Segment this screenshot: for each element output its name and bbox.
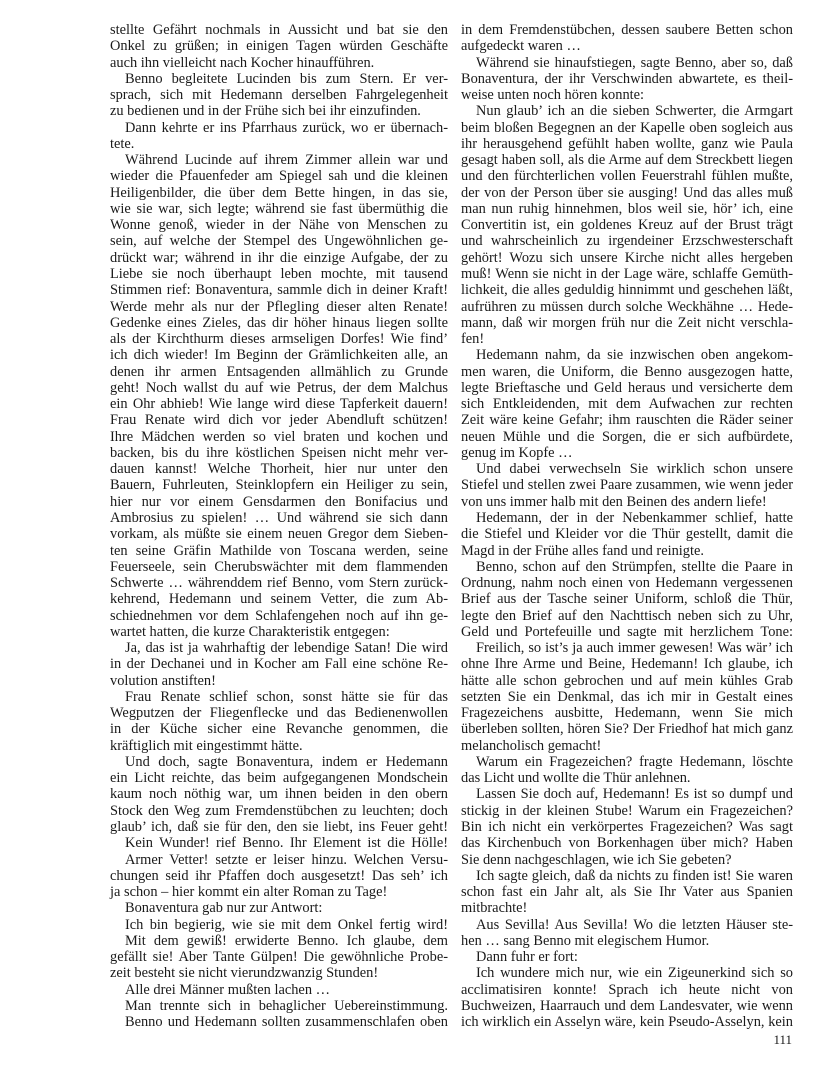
text-line: auch ihn vielleicht nach Kocher hinauffü… [110,55,448,71]
text-line: das Kirchenbuch von Borkenhagen über mic… [461,835,793,851]
text-line: Bonaventura, der ihr Verschwinden abwart… [461,71,793,87]
text-line: glaub’ ich, daß sie für den, den sie lie… [110,819,448,835]
text-line: Gedenke eines Zieles, das dir höher hina… [110,315,448,331]
text-line: Heiligenbilder, die über dem Bette hinge… [110,185,448,201]
text-line: ja schon – hier kommt ein alter Roman zu… [110,884,448,900]
text-line: Freilich, so ist’s ja auch immer gewesen… [461,640,793,656]
text-line: mitbrachte! [461,900,793,916]
text-line: Ambrosius zu spielen! … Und während sie … [110,510,448,526]
text-line: Während Lucinde auf ihrem Zimmer allein … [110,152,448,168]
text-line: ohne Ihre Arme und Beine, Hedemann! Ich … [461,656,793,672]
text-line: der von der Person über sie ausging! Und… [461,185,793,201]
text-line: überleben sollten, hören Sie? Der Friedh… [461,721,793,737]
text-line: Schwerte … währenddem rief Benno, vom St… [110,575,448,591]
page-number: 111 [700,1032,792,1048]
text-line: chungen seid ihr Pfaffen doch ausgesetzt… [110,868,448,884]
text-line: legte Brieftasche und Geld heraus und ve… [461,380,793,396]
text-line: schon fast ein Jahr alt, als Sie Ihr Vat… [461,884,793,900]
text-line: ten seine Gräfin Mathilde von Toscana we… [110,543,448,559]
right-text-column: in dem Fremdenstübchen, dessen saubere B… [461,22,793,1030]
text-line: lichkeit, die alles geduldig hinnimmt un… [461,282,793,298]
text-line: Brief aus der Tasche seiner Uniform, sch… [461,591,793,607]
text-line: sprach, sich mit Hedemann derselben Fahr… [110,87,448,103]
text-line: Stock den Weg zum Fremdenstübchen zu leu… [110,803,448,819]
book-page: stellte Gefährt nochmals in Aussicht und… [0,0,819,1065]
text-line: Werde mehr als nur der Pflegling dieser … [110,299,448,315]
text-line: Warum ein Fragezeichen? fragte Hedemann,… [461,754,793,770]
text-line: volution anstiften! [110,673,448,689]
text-line: Magd in der Frühe alles fand und reinigt… [461,543,793,559]
text-line: mann, daß wir morgen früh nur die Zeit n… [461,315,793,331]
text-line: Dann fuhr er fort: [461,949,793,965]
text-line: man nun ruhig hinnehmen, blos weil sie, … [461,201,793,217]
text-line: wartet hatten, die kurze Charakteristik … [110,624,448,640]
text-line: sich Entkleidenden, mit dem Aufwachen zu… [461,396,793,412]
text-line: Ich wundere mich nur, wie ein Zigeunerki… [461,965,793,981]
text-line: Während sie hinaufstiegen, sagte Benno, … [461,55,793,71]
text-line: hätte alle schon gebrochen und auf mein … [461,673,793,689]
text-line: muß! Wenn sie nicht in der Lage wäre, sc… [461,266,793,282]
text-line: weise unten noch hören konnte: [461,87,793,103]
text-line: genug im Kopfe … [461,445,793,461]
text-line: aufrühren zu müssen durch solche Weckhäh… [461,299,793,315]
text-line: fen! [461,331,793,347]
text-line: Zeit wäre keine Gefahr; ihm rauschten di… [461,412,793,428]
text-line: hen … sang Benno mit elegischem Humor. [461,933,793,949]
text-line: als der Kirchthurm dieses armseligen Dor… [110,331,448,347]
left-text-column: stellte Gefährt nochmals in Aussicht und… [110,22,448,1030]
text-line: in dem Fremdenstübchen, dessen saubere B… [461,22,793,38]
text-line: das Licht und wollte die Thür anlehnen. [461,770,793,786]
text-line: acclimatisiren konnte! Sprach ich heute … [461,982,793,998]
text-line: men waren, die Uniform, die Benno ausgez… [461,364,793,380]
text-line: sein, auf welche der Stempel des Ungewöh… [110,233,448,249]
text-line: vorkam, als müßte sie einem neuen Gregor… [110,526,448,542]
text-line: Benno begleitete Lucinden bis zum Stern.… [110,71,448,87]
text-line: schiednehmen vor dem Schlafengehen noch … [110,608,448,624]
text-line: Geld und Portefeuille und sagte mit herz… [461,624,793,640]
text-line: Kein Wunder! rief Benno. Ihr Element ist… [110,835,448,851]
text-line: Onkel zu grüßen; in einigen Tagen würden… [110,38,448,54]
text-line: gesagt haben soll, als die Arme auf dem … [461,152,793,168]
text-line: wie sie war, sich legte; während sie fas… [110,201,448,217]
text-line: Ich bin begierig, wie sie mit dem Onkel … [110,917,448,933]
text-line: Mit dem gewiß! erwiderte Benno. Ich glau… [110,933,448,949]
text-line: beim bloßen Begegnen an der Kapelle oben… [461,120,793,136]
text-line: neuen Mühle und die Sorgen, die er sich … [461,429,793,445]
text-line: Buchweizen, Haarrauch und dem Landesvate… [461,998,793,1014]
text-line: Wonne genoß, wieder in der Nähe von Mens… [110,217,448,233]
text-line: Lassen Sie doch auf, Hedemann! Es ist so… [461,786,793,802]
text-line: ihr herausgehend gefühlt haben wollte, g… [461,136,793,152]
text-line: Und dabei verwechseln Sie wirklich schon… [461,461,793,477]
text-line: zu bedienen und in der Frühe sich bei ih… [110,103,448,119]
text-line: Bonaventura gab nur zur Antwort: [110,900,448,916]
text-line: kehrend, Hedemann und seinem Vetter, die… [110,591,448,607]
text-line: aufgedeckt waren … [461,38,793,54]
text-line: Bauern, Fuhrleuten, Steinklopfern ein He… [110,477,448,493]
text-line: backen, bis du ihre köstlichen Speisen n… [110,445,448,461]
text-line: Dann kehrte er ins Pfarrhaus zurück, wo … [110,120,448,136]
text-line: drückt war; während in ihr die einzige A… [110,250,448,266]
text-line: Ich sagte gleich, daß da nichts zu finde… [461,868,793,884]
text-line: Benno, schon auf den Strümpfen, stellte … [461,559,793,575]
text-line: Frau Renate schlief schon, sonst hätte s… [110,689,448,705]
text-line: gefällt sie! Aber Tante Gülpen! Die gewö… [110,949,448,965]
text-line: kräftiglich mit eingestimmt hätte. [110,738,448,754]
text-line: zeit besteht sie nicht vierundzwanzig St… [110,965,448,981]
text-line: Sie denn nachgeschlagen, wie ich Sie geb… [461,852,793,868]
text-line: von uns immer halb mit den Beinen des an… [461,494,793,510]
text-line: Man trennte sich in behaglicher Ueberein… [110,998,448,1014]
text-line: tete. [110,136,448,152]
text-line: Wegputzen der Fliegenflecke und das Bedi… [110,705,448,721]
text-line: Alle drei Männer mußten lachen … [110,982,448,998]
text-line: Aus Sevilla! Aus Sevilla! Wo die letzten… [461,917,793,933]
text-line: setzten Sie ein Denkmal, das ich mir in … [461,689,793,705]
text-line: in der Dechanei und in Kocher am Fall ei… [110,656,448,672]
text-line: hier nur vor einem Gensdarmen den Bonifa… [110,494,448,510]
text-line: gehört! Wozu sich unsere Kirche nicht al… [461,250,793,266]
text-line: die Stiefel und Kleider vor die Thür ges… [461,526,793,542]
text-line: melancholisch gemacht! [461,738,793,754]
text-line: Ja, das ist ja wahrhaftig der lebendige … [110,640,448,656]
text-line: kaum noch nöthig war, um ihnen beiden in… [110,786,448,802]
text-line: Ordnung, nahm noch einen von Hedemann ve… [461,575,793,591]
text-line: Nun glaub’ ich an die sieben Schwerter, … [461,103,793,119]
text-line: legte den Brief auf den Nachttisch neben… [461,608,793,624]
text-line: Ihre Mädchen werden so viel braten und k… [110,429,448,445]
text-line: Hedemann nahm, da sie inzwischen oben an… [461,347,793,363]
text-line: Liebe sie noch überhaupt leben mochte, m… [110,266,448,282]
text-line: Stimmen rief: Bonaventura, sammle dich i… [110,282,448,298]
text-line: Convertitin ist, ein goldenes Kreuz auf … [461,217,793,233]
text-line: Stiefel und stellen zwei Paare zusammen,… [461,477,793,493]
text-line: denen ihr armen Entsagenden allmählich z… [110,364,448,380]
text-line: und den fürchterlichen vollen Feuerstrah… [461,168,793,184]
text-line: dauen kannst! Welche Thorheit, hier nur … [110,461,448,477]
text-line: geht! Noch wallst du auf wie Petrus, der… [110,380,448,396]
text-line: stellte Gefährt nochmals in Aussicht und… [110,22,448,38]
text-line: wieder die Pfauenfeder am Spiegel sah un… [110,168,448,184]
text-line: Bin ich nicht ein verkörpertes Fragezeic… [461,819,793,835]
text-line: ich wirklich ein Asselyn wäre, kein Pseu… [461,1014,793,1030]
text-line: in der Küche sicher eine Revanche genomm… [110,721,448,737]
text-line: Hedemann, der in der Nebenkammer schlief… [461,510,793,526]
text-line: Benno und Hedemann sollten zusammenschla… [110,1014,448,1030]
text-line: und wahrscheinlich zu irgendeiner Erzsch… [461,233,793,249]
text-line: Armer Vetter! setzte er leiser hinzu. We… [110,852,448,868]
text-line: ein Licht reichte, das beim aufgegangene… [110,770,448,786]
text-line: ich dich wieder! Im Beginn der Grämlichk… [110,347,448,363]
text-line: ein Ohr abhieb! Wie lange wird diese Tap… [110,396,448,412]
text-line: Frau Renate wird dich vor jeder Abendluf… [110,412,448,428]
text-line: Feuerseele, sein Cherubswächter mit dem … [110,559,448,575]
text-line: Fragezeichens ausbitte, Hedemann, wenn S… [461,705,793,721]
text-line: Und doch, sagte Bonaventura, indem er He… [110,754,448,770]
text-line: stickig in der kleinen Stube! Warum ein … [461,803,793,819]
